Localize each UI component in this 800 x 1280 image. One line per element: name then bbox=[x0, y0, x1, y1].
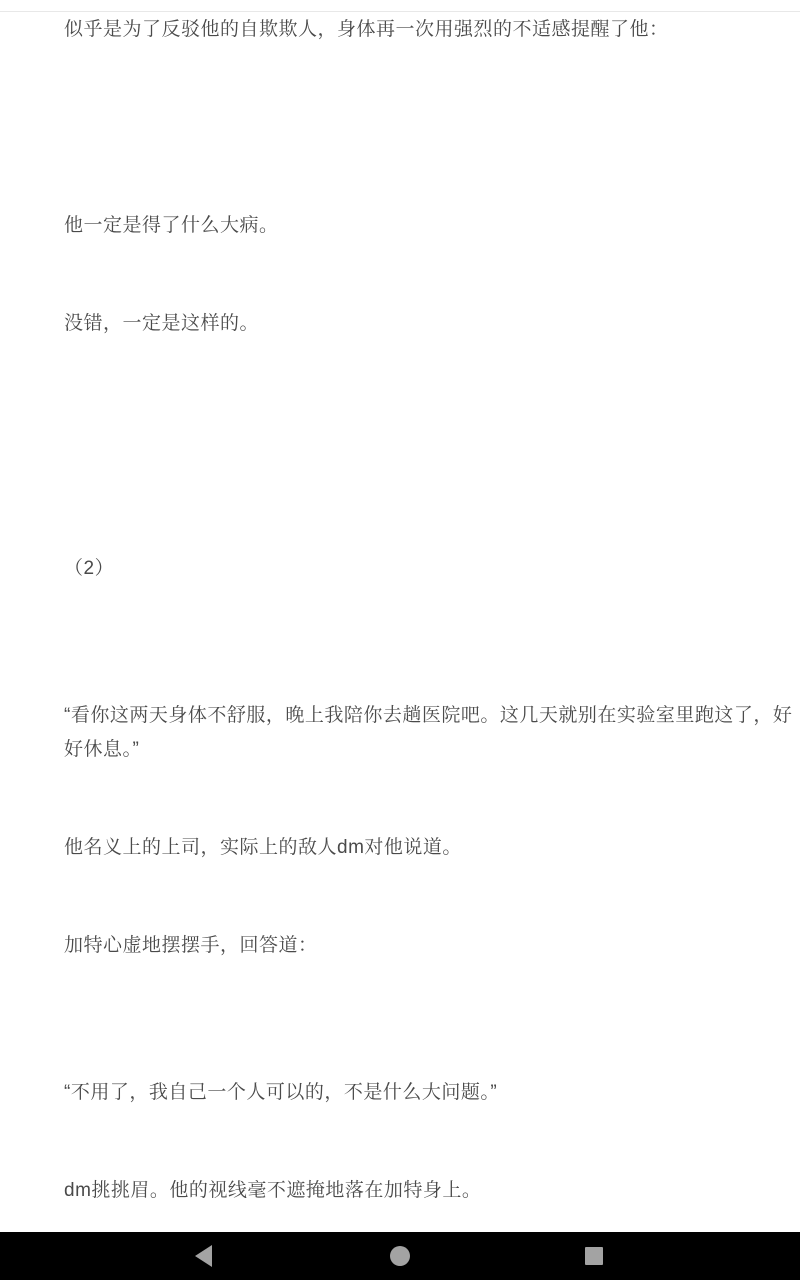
blank-line bbox=[64, 1125, 798, 1159]
paragraph: 似乎是为了反驳他的自欺欺人，身体再一次用强烈的不适感提醒了他： bbox=[64, 13, 798, 47]
blank-line bbox=[64, 978, 798, 1012]
home-circle-icon bbox=[390, 1246, 410, 1266]
blank-line bbox=[64, 62, 798, 96]
blank-line bbox=[64, 650, 798, 684]
back-button[interactable] bbox=[167, 1232, 239, 1280]
paragraph: “看你这两天身体不舒服，晚上我陪你去趟医院吧。这几天就别在实验室里跑这了，好好休… bbox=[64, 699, 798, 767]
recents-square-icon bbox=[585, 1247, 603, 1265]
recents-button[interactable] bbox=[558, 1232, 630, 1280]
back-triangle-icon bbox=[195, 1245, 212, 1267]
blank-line bbox=[64, 258, 798, 292]
blank-line bbox=[64, 601, 798, 635]
top-divider bbox=[0, 0, 800, 12]
blank-line bbox=[64, 880, 798, 914]
blank-line bbox=[64, 160, 798, 194]
blank-line bbox=[64, 405, 798, 439]
blank-line bbox=[64, 1027, 798, 1061]
reader-content: 似乎是为了反驳他的自欺欺人，身体再一次用强烈的不适感提醒了他：他一定是得了什么大… bbox=[0, 12, 800, 1208]
blank-line bbox=[64, 454, 798, 488]
blank-line bbox=[64, 111, 798, 145]
paragraph: 没错，一定是这样的。 bbox=[64, 307, 798, 341]
paragraph: 他名义上的上司，实际上的敌人dm对他说道。 bbox=[64, 831, 798, 865]
paragraph: （2） bbox=[64, 552, 798, 586]
home-button[interactable] bbox=[364, 1232, 436, 1280]
blank-line bbox=[64, 782, 798, 816]
paragraph: “不用了，我自己一个人可以的，不是什么大问题。” bbox=[64, 1076, 798, 1110]
paragraph: 加特心虚地摆摆手，回答道： bbox=[64, 929, 798, 963]
paragraph: 他一定是得了什么大病。 bbox=[64, 209, 798, 243]
blank-line bbox=[64, 356, 798, 390]
blank-line bbox=[64, 503, 798, 537]
android-navigation-bar bbox=[0, 1232, 800, 1280]
paragraph: dm挑挑眉。他的视线毫不遮掩地落在加特身上。 bbox=[64, 1174, 798, 1208]
